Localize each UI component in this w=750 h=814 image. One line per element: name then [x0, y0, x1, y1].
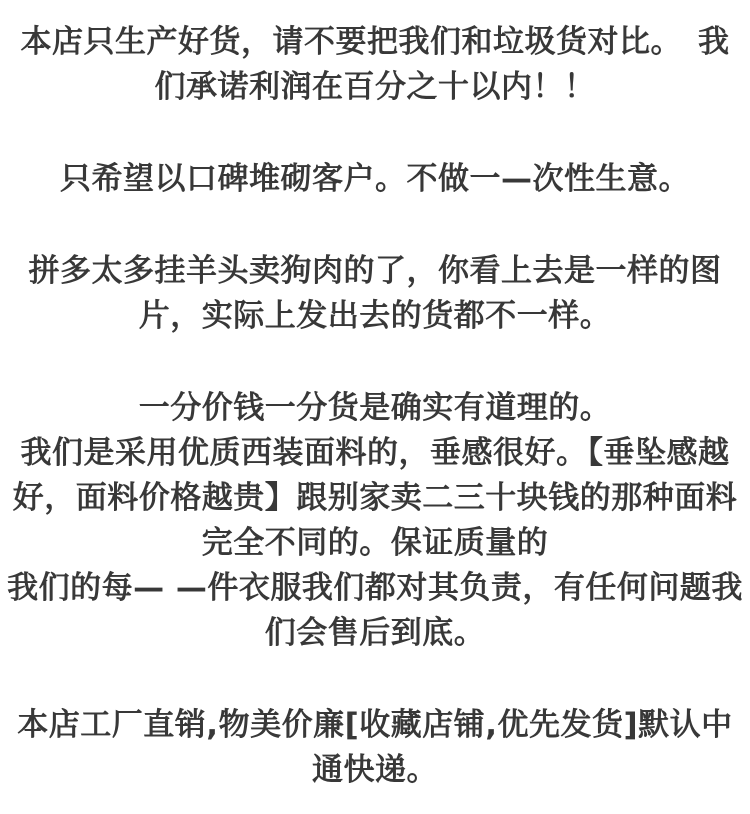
paragraph-reputation: 只希望以口碑堆砌客户。不做一—次性生意。	[0, 157, 750, 202]
paragraph-shop-promise: 本店只生产好货，请不要把我们和垃圾货对比。 我 们承诺利润在百分之十以内！！	[0, 20, 750, 110]
paragraph-competitor-warning: 拼多太多挂羊头卖狗肉的了，你看上去是一样的图 片，实际上发出去的货都不一样。	[0, 249, 750, 339]
text-line: 拼多太多挂羊头卖狗肉的了，你看上去是一样的图	[0, 249, 750, 294]
text-line: 我们的每— —件衣服我们都对其负责，有任何问题我	[0, 566, 750, 611]
text-line: 只希望以口碑堆砌客户。不做一—次性生意。	[0, 157, 750, 202]
product-description-image: 本店只生产好货，请不要把我们和垃圾货对比。 我 们承诺利润在百分之十以内！！ 只…	[0, 0, 750, 814]
text-line: 片，实际上发出去的货都不一样。	[0, 294, 750, 339]
text-line: 们会售后到底。	[0, 611, 750, 656]
text-line: 本店工厂直销,物美价廉[收藏店铺,优先发货]默认中	[0, 703, 750, 748]
text-line: 们承诺利润在百分之十以内！！	[0, 65, 750, 110]
text-line: 一分价钱一分货是确实有道理的。	[0, 386, 750, 431]
paragraph-factory-direct: 本店工厂直销,物美价廉[收藏店铺,优先发货]默认中 通快递。	[0, 703, 750, 793]
text-line: 我们是采用优质西装面料的，垂感很好。【垂坠感越	[0, 431, 750, 476]
text-line: 完全不同的。保证质量的	[0, 521, 750, 566]
text-line: 本店只生产好货，请不要把我们和垃圾货对比。 我	[0, 20, 750, 65]
paragraph-quality-fabric: 一分价钱一分货是确实有道理的。 我们是采用优质西装面料的，垂感很好。【垂坠感越 …	[0, 386, 750, 656]
text-line: 好，面料价格越贵】跟别家卖二三十块钱的那种面料	[0, 476, 750, 521]
text-line: 通快递。	[0, 748, 750, 793]
